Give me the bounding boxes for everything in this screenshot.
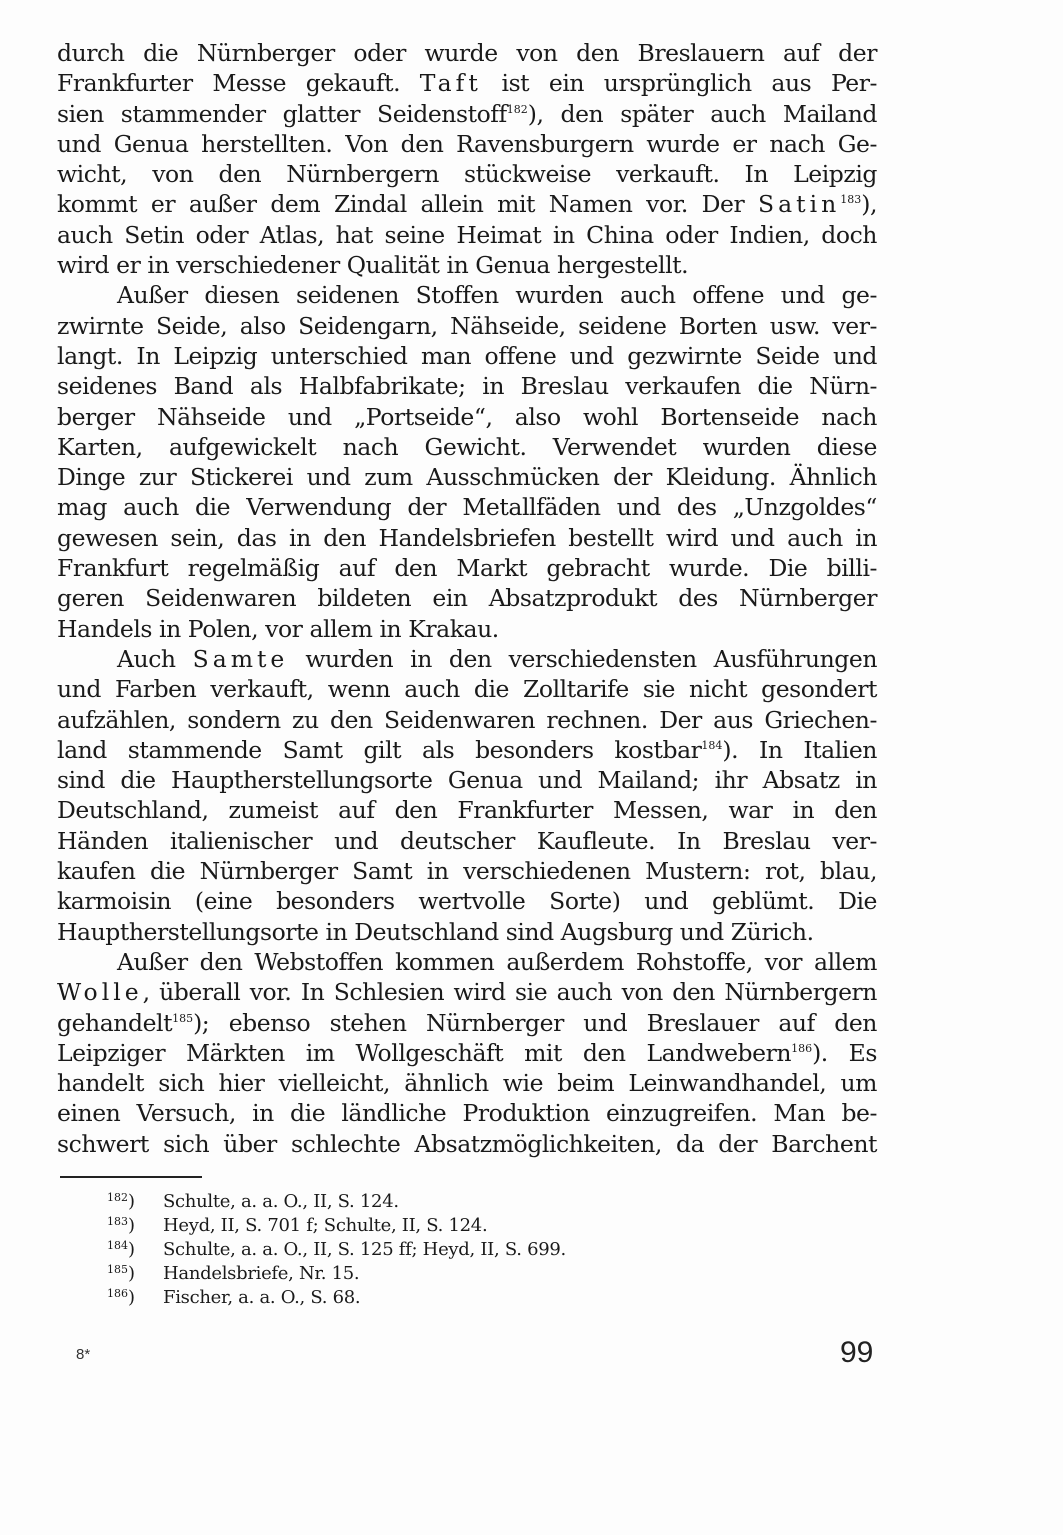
text-line: einen Versuch, in die ländliche Produkti… [57, 1098, 877, 1128]
text-line: land stammende Samt gilt als besonders k… [57, 735, 877, 765]
footnote-185: 185)Handelsbriefe, Nr. 15. [107, 1262, 566, 1286]
text-line: mag auch die Verwendung der Metallfäden … [57, 492, 877, 522]
text-line: durch die Nürnberger oder wurde von den … [57, 38, 877, 68]
footnotes: 182)Schulte, a. a. O., II, S. 124. 183)H… [107, 1190, 566, 1310]
text-line: Karten, aufgewickelt nach Gewicht. Verwe… [57, 432, 877, 462]
text-line: sien stammender glatter Seidenstoff182),… [57, 99, 877, 129]
text-line: zwirnte Seide, also Seidengarn, Nähseide… [57, 311, 877, 341]
text-line: gewesen sein, das in den Handelsbriefen … [57, 523, 877, 553]
text-line: sind die Hauptherstellungsorte Genua und… [57, 765, 877, 795]
footnote-182: 182)Schulte, a. a. O., II, S. 124. [107, 1190, 566, 1214]
text-line: karmoisin (eine besonders wertvolle Sort… [57, 886, 877, 916]
footnote-ref: 186 [791, 1042, 812, 1055]
footnote-186: 186)Fischer, a. a. O., S. 68. [107, 1286, 566, 1310]
footnote-ref: 182 [507, 103, 528, 116]
paragraph-start-line: Außer diesen seidenen Stoffen wurden auc… [57, 280, 877, 310]
text-line: Handels in Polen, vor allem in Krakau. [57, 614, 877, 644]
text-line: und Farben verkauft, wenn auch die Zollt… [57, 674, 877, 704]
footnote-ref: 183 [840, 193, 861, 206]
text-line: und Genua herstellten. Von den Ravensbur… [57, 129, 877, 159]
paragraph-start-line: Auch Samte wurden in den verschiedensten… [57, 644, 877, 674]
emphasis-term: Taft [420, 69, 482, 97]
text-line: langt. In Leipzig unterschied man offene… [57, 341, 877, 371]
footnote-183: 183)Heyd, II, S. 701 f; Schulte, II, S. … [107, 1214, 566, 1238]
text-line: aufzählen, sondern zu den Seidenwaren re… [57, 705, 877, 735]
text-line: Händen italienischer und deutscher Kaufl… [57, 826, 877, 856]
text-line: Wolle, überall vor. In Schlesien wird si… [57, 977, 877, 1007]
emphasis-term: Samte [193, 645, 289, 673]
text-line: handelt sich hier vielleicht, ähnlich wi… [57, 1068, 877, 1098]
emphasis-term: Satin [758, 190, 840, 218]
footnote-separator-rule [60, 1176, 202, 1178]
footnote-ref: 185 [172, 1012, 193, 1025]
text-line: schwert sich über schlechte Absatzmöglic… [57, 1129, 877, 1159]
text-line: Hauptherstellungsorte in Deutschland sin… [57, 917, 877, 947]
text-line: kommt er außer dem Zindal allein mit Nam… [57, 189, 877, 219]
footnote-ref: 184 [701, 739, 722, 752]
text-line: Frankfurter Messe gekauft. Taft ist ein … [57, 68, 877, 98]
text-line: wird er in verschiedener Qualität in Gen… [57, 250, 877, 280]
text-line: gehandelt185); ebenso stehen Nürnberger … [57, 1008, 877, 1038]
text-line: geren Seidenwaren bildeten ein Absatzpro… [57, 583, 877, 613]
text-line: Frankfurt regelmäßig auf den Markt gebra… [57, 553, 877, 583]
footnote-184: 184)Schulte, a. a. O., II, S. 125 ff; He… [107, 1238, 566, 1262]
text-line: berger Nähseide und „Portseide“, also wo… [57, 402, 877, 432]
text-line: Dinge zur Stickerei und zum Ausschmücken… [57, 462, 877, 492]
text-line: Leipziger Märkten im Wollgeschäft mit de… [57, 1038, 877, 1068]
emphasis-term: Wolle [57, 978, 143, 1006]
page-number: 99 [840, 1336, 873, 1370]
printer-signature-mark: 8* [76, 1346, 90, 1363]
paragraph-start-line: Außer den Webstoffen kommen außerdem Roh… [57, 947, 877, 977]
text-line: Deutschland, zumeist auf den Frankfurter… [57, 795, 877, 825]
text-line: seidenes Band als Halbfabrikate; in Bres… [57, 371, 877, 401]
book-page: durch die Nürnberger oder wurde von den … [0, 0, 1063, 1535]
text-line: wicht, von den Nürnbergern stückweise ve… [57, 159, 877, 189]
text-line: kaufen die Nürnberger Samt in verschiede… [57, 856, 877, 886]
text-line: auch Setin oder Atlas, hat seine Heimat … [57, 220, 877, 250]
body-text: durch die Nürnberger oder wurde von den … [57, 38, 877, 1159]
